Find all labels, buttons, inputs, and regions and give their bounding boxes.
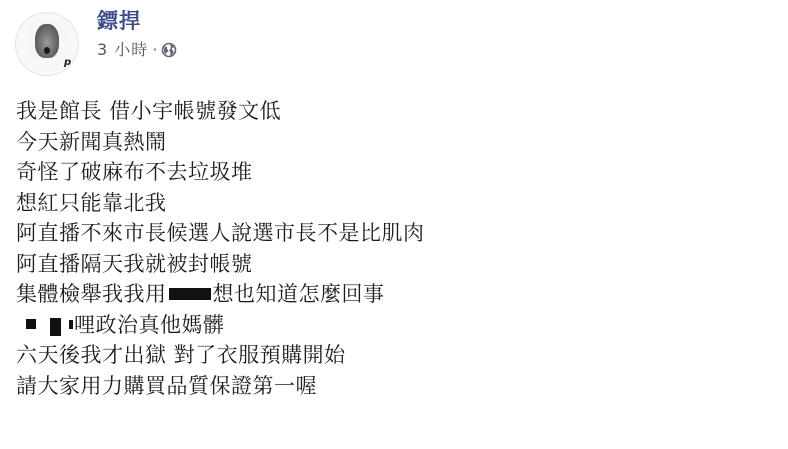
post-line-segment: 哩政治真他媽髒 — [74, 313, 225, 337]
author-name[interactable]: 鏢捍 — [97, 8, 177, 34]
post-meta: 鏢捍 3 小時 · — [97, 8, 177, 60]
post-line: 今天新聞真熱鬧 — [16, 127, 425, 158]
redaction-bar — [69, 320, 73, 329]
post-line-redacted: 哩政治真他媽髒 — [16, 310, 425, 341]
avatar[interactable]: p — [15, 12, 79, 76]
post-line: 我是館長 借小宇帳號發文低 — [16, 96, 425, 127]
avatar-mouth — [44, 47, 50, 54]
avatar-badge-icon: p — [64, 57, 71, 68]
post-line-segment: 集體檢舉我我用 — [16, 282, 167, 306]
timestamp-row: 3 小時 · — [97, 40, 177, 60]
redaction-bar — [50, 318, 61, 336]
facebook-post: p 鏢捍 3 小時 · 我是館長 借小宇帳號發文低 今天新聞真熱鬧 奇怪了破麻布… — [0, 0, 788, 449]
redaction-bar — [26, 319, 36, 329]
redaction-bar — [169, 288, 211, 300]
separator-dot: · — [152, 40, 157, 60]
post-timestamp[interactable]: 3 小時 — [97, 40, 148, 60]
post-line: 請大家用力購買品質保證第一喔 — [16, 371, 425, 402]
post-line-segment: 想也知道怎麼回事 — [213, 282, 385, 306]
post-body: 我是館長 借小宇帳號發文低 今天新聞真熱鬧 奇怪了破麻布不去垃圾堆 想紅只能靠北… — [16, 96, 425, 401]
post-line: 想紅只能靠北我 — [16, 188, 425, 219]
post-line: 阿直播不來市長候選人說選市長不是比肌肉 — [16, 218, 425, 249]
post-header: p 鏢捍 3 小時 · — [15, 8, 177, 84]
globe-icon[interactable] — [161, 42, 177, 58]
post-line: 奇怪了破麻布不去垃圾堆 — [16, 157, 425, 188]
post-line: 阿直播隔天我就被封帳號 — [16, 249, 425, 280]
post-line-redacted: 集體檢舉我我用想也知道怎麼回事 — [16, 279, 425, 310]
post-line: 六天後我才出獄 對了衣服預購開始 — [16, 340, 425, 371]
